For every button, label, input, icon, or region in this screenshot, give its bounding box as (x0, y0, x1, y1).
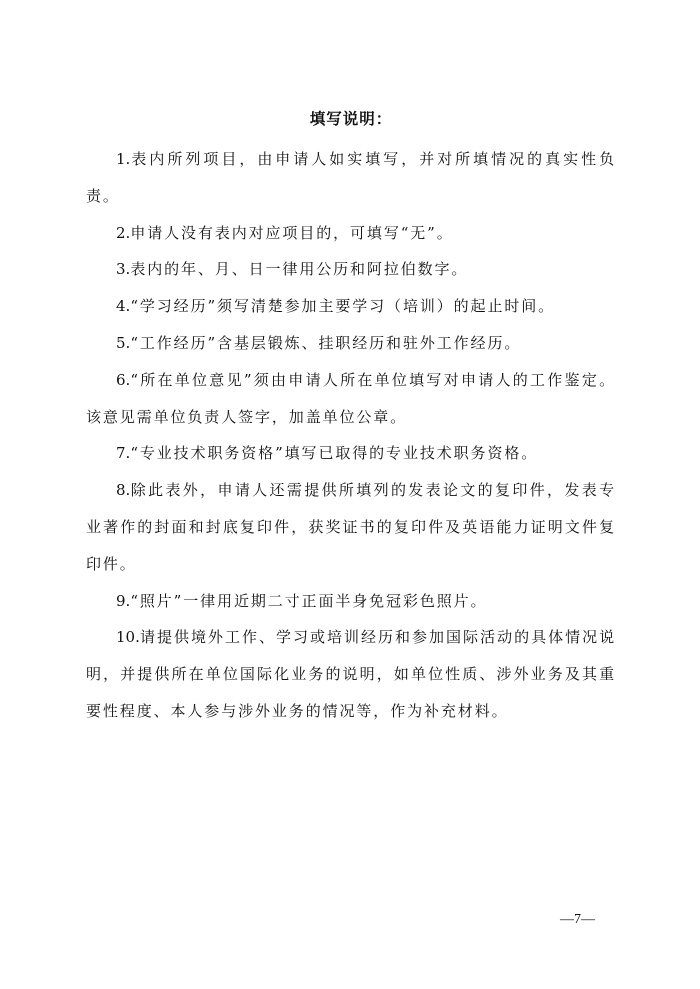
item-text: 表内所列项目，由申请人如实填写，并对所填情况的真实性负责。 (86, 150, 616, 205)
instruction-item-1: 1.表内所列项目，由申请人如实填写，并对所填情况的真实性负责。 (86, 141, 616, 215)
page-number: —7— (560, 912, 595, 928)
item-number: 9. (116, 592, 130, 610)
instruction-item-5: 5.“工作经历”含基层锻炼、挂职经历和驻外工作经历。 (86, 325, 616, 362)
instructions-page: 填写说明： 1.表内所列项目，由申请人如实填写，并对所填情况的真实性负责。 2.… (86, 104, 616, 730)
instruction-item-10: 10.请提供境外工作、学习或培训经历和参加国际活动的具体情况说明，并提供所在单位… (86, 619, 616, 729)
instruction-item-6: 6.“所在单位意见”须由申请人所在单位填写对申请人的工作鉴定。该意见需单位负责人… (86, 362, 616, 436)
item-text: 请提供境外工作、学习或培训经历和参加国际活动的具体情况说明，并提供所在单位国际化… (86, 628, 616, 720)
instruction-item-8: 8.除此表外，申请人还需提供所填列的发表论文的复印件，发表专业著作的封面和封底复… (86, 472, 616, 582)
instruction-item-3: 3.表内的年、月、日一律用公历和阿拉伯数字。 (86, 251, 616, 288)
item-text: “学习经历”须写清楚参加主要学习（培训）的起止时间。 (130, 297, 555, 315)
item-number: 2. (116, 224, 130, 242)
item-text: “专业技术职务资格”填写已取得的专业技术职务资格。 (130, 444, 538, 462)
item-number: 6. (116, 371, 130, 389)
item-text: 除此表外，申请人还需提供所填列的发表论文的复印件，发表专业著作的封面和封底复印件… (86, 481, 616, 573)
item-text: “所在单位意见”须由申请人所在单位填写对申请人的工作鉴定。该意见需单位负责人签字… (86, 371, 616, 426)
item-number: 3. (116, 260, 130, 278)
item-number: 1. (116, 150, 130, 168)
item-number: 7. (116, 444, 130, 462)
item-text: “照片”一律用近期二寸正面半身免冠彩色照片。 (130, 592, 487, 610)
instruction-item-2: 2.申请人没有表内对应项目的，可填写“无”。 (86, 215, 616, 252)
instruction-item-4: 4.“学习经历”须写清楚参加主要学习（培训）的起止时间。 (86, 288, 616, 325)
item-number: 8. (116, 481, 130, 499)
instruction-item-7: 7.“专业技术职务资格”填写已取得的专业技术职务资格。 (86, 435, 616, 472)
item-number: 4. (116, 297, 130, 315)
item-number: 5. (116, 334, 130, 352)
item-number: 10. (116, 628, 140, 646)
instruction-item-9: 9.“照片”一律用近期二寸正面半身免冠彩色照片。 (86, 583, 616, 620)
item-text: 表内的年、月、日一律用公历和阿拉伯数字。 (130, 260, 468, 278)
page-title: 填写说明： (86, 104, 616, 134)
item-text: 申请人没有表内对应项目的，可填写“无”。 (130, 224, 453, 242)
item-text: “工作经历”含基层锻炼、挂职经历和驻外工作经历。 (130, 334, 521, 352)
